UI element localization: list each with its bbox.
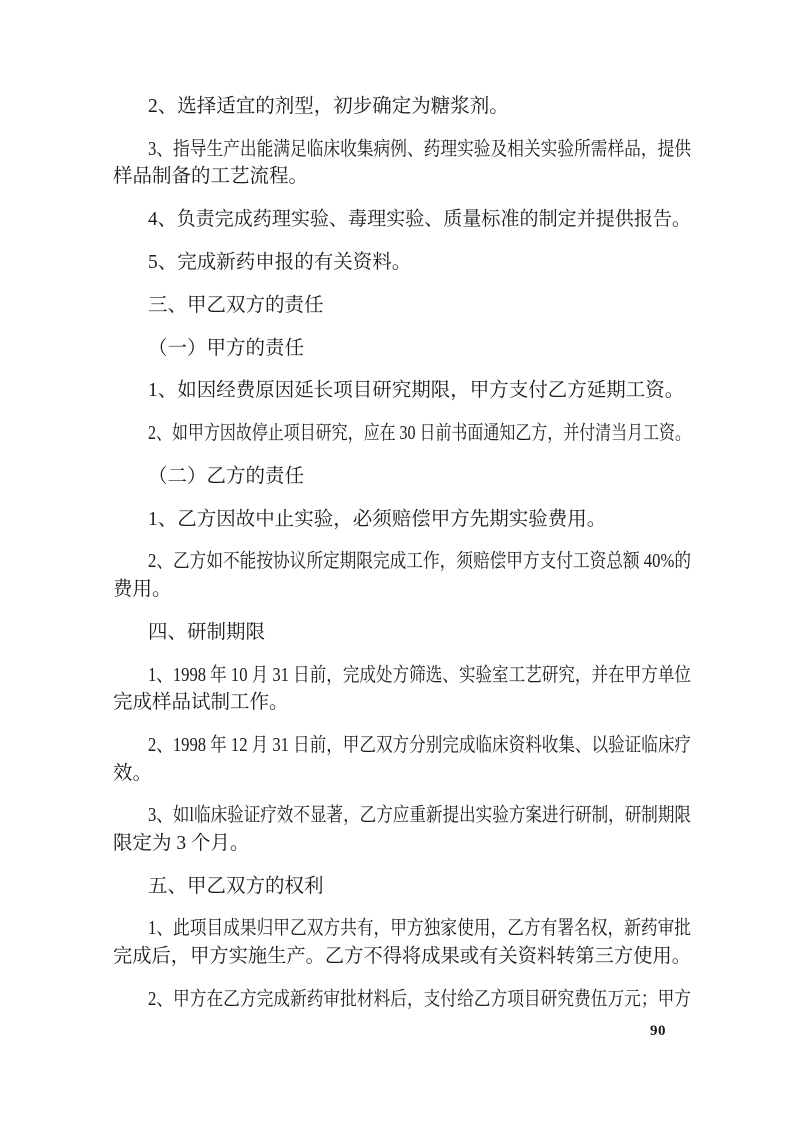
text-line: 完成样品试制工作。 — [113, 689, 691, 717]
paragraph: 1、乙方因故中止实验，必须赔偿甲方先期实验费用。 — [113, 506, 691, 534]
text-line: 1、如因经费原因延长项目研究期限，甲方支付乙方延期工资。 — [113, 377, 691, 405]
paragraph: 2、1998 年 12 月 31 日前，甲乙双方分别完成临床资料收集、以验证临床… — [113, 732, 691, 787]
paragraph: 五、甲乙双方的权利 — [113, 873, 691, 901]
paragraph: 四、研制期限 — [113, 619, 691, 647]
paragraph: 3、如l临床验证疗效不显著，乙方应重新提出实验方案进行研制，研制期限限定为 3 … — [113, 802, 691, 857]
text-line: （一）甲方的责任 — [113, 335, 691, 363]
text-line: 样品制备的工艺流程。 — [113, 163, 691, 191]
paragraph: （二）乙方的责任 — [113, 463, 691, 491]
text-line: 1、1998 年 10 月 31 日前，完成处方筛选、实验室工艺研究，并在甲方单… — [113, 662, 691, 690]
text-line: 3、指导生产出能满足临床收集病例、药理实验及相关实验所需样品，提供 — [113, 136, 691, 164]
paragraph: 1、如因经费原因延长项目研究期限，甲方支付乙方延期工资。 — [113, 377, 691, 405]
text-line: 1、此项目成果归甲乙双方共有，甲方独家使用，乙方有署名权，新药审批 — [113, 915, 691, 943]
paragraph: 2、乙方如不能按协议所定期限完成工作，须赔偿甲方支付工资总额 40%的费用。 — [113, 548, 691, 603]
text-line: 2、甲方在乙方完成新药审批材料后，支付给乙方项目研究费伍万元；甲方 — [113, 986, 691, 1014]
paragraph: 4、负责完成药理实验、毒理实验、质量标准的制定并提供报告。 — [113, 206, 691, 234]
document-page: 2、选择适宜的剂型，初步确定为糖浆剂。3、指导生产出能满足临床收集病例、药理实验… — [0, 0, 793, 1122]
paragraph: 3、指导生产出能满足临床收集病例、药理实验及相关实验所需样品，提供样品制备的工艺… — [113, 136, 691, 191]
paragraph: （一）甲方的责任 — [113, 335, 691, 363]
text-line: 2、乙方如不能按协议所定期限完成工作，须赔偿甲方支付工资总额 40%的 — [113, 548, 691, 576]
text-line: 完成后，甲方实施生产。乙方不得将成果或有关资料转第三方使用。 — [113, 943, 691, 971]
text-line: 效。 — [113, 760, 691, 788]
text-line: （二）乙方的责任 — [113, 463, 691, 491]
text-line: 五、甲乙双方的权利 — [113, 873, 691, 901]
text-line: 三、甲乙双方的责任 — [113, 292, 691, 320]
paragraph: 三、甲乙双方的责任 — [113, 292, 691, 320]
paragraph: 1、此项目成果归甲乙双方共有，甲方独家使用，乙方有署名权，新药审批完成后，甲方实… — [113, 915, 691, 970]
paragraph: 5、完成新药申报的有关资料。 — [113, 249, 691, 277]
page-number: 90 — [650, 1023, 690, 1040]
paragraph: 1、1998 年 10 月 31 日前，完成处方筛选、实验室工艺研究，并在甲方单… — [113, 662, 691, 717]
text-line: 5、完成新药申报的有关资料。 — [113, 249, 691, 277]
paragraph: 2、选择适宜的剂型，初步确定为糖浆剂。 — [113, 93, 691, 121]
text-line: 1、乙方因故中止实验，必须赔偿甲方先期实验费用。 — [113, 506, 691, 534]
text-line: 2、如甲方因故停止项目研究，应在 30 日前书面通知乙方，并付清当月工资。 — [113, 420, 691, 448]
document-body: 2、选择适宜的剂型，初步确定为糖浆剂。3、指导生产出能满足临床收集病例、药理实验… — [113, 93, 691, 1029]
paragraph: 2、甲方在乙方完成新药审批材料后，支付给乙方项目研究费伍万元；甲方 — [113, 986, 691, 1014]
text-line: 3、如l临床验证疗效不显著，乙方应重新提出实验方案进行研制，研制期限 — [113, 802, 691, 830]
text-line: 四、研制期限 — [113, 619, 691, 647]
text-line: 限定为 3 个月。 — [113, 830, 691, 858]
paragraph: 2、如甲方因故停止项目研究，应在 30 日前书面通知乙方，并付清当月工资。 — [113, 420, 691, 448]
text-line: 费用。 — [113, 576, 691, 604]
text-line: 2、选择适宜的剂型，初步确定为糖浆剂。 — [113, 93, 691, 121]
text-line: 2、1998 年 12 月 31 日前，甲乙双方分别完成临床资料收集、以验证临床… — [113, 732, 691, 760]
text-line: 4、负责完成药理实验、毒理实验、质量标准的制定并提供报告。 — [113, 206, 691, 234]
